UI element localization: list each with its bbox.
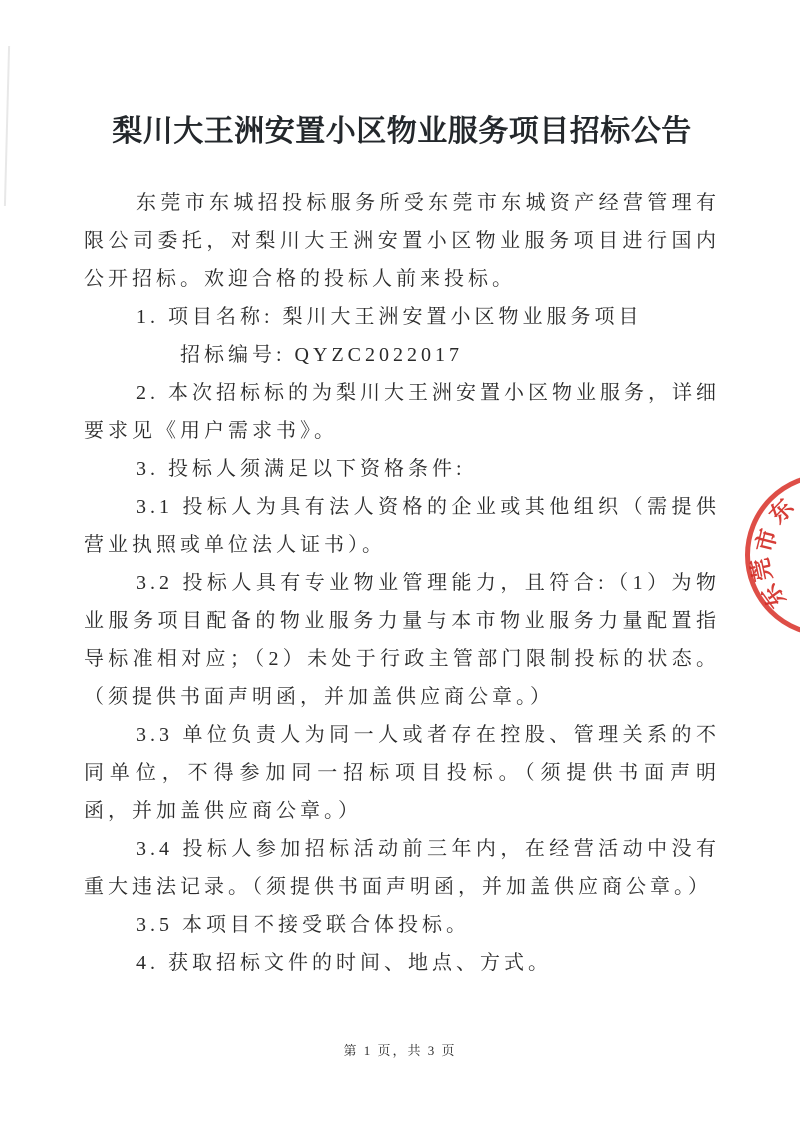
paragraph: 2. 本次招标标的为梨川大王洲安置小区物业服务，详细要求见《用户需求书》。 (84, 374, 720, 450)
page-number-footer: 第 1 页，共 3 页 (0, 1040, 800, 1059)
paragraph: 3.3 单位负责人为同一人或者存在控股、管理关系的不同单位，不得参加同一招标项目… (84, 716, 720, 830)
document-title: 梨川大王洲安置小区物业服务项目招标公告 (84, 110, 720, 154)
document-content: 梨川大王洲安置小区物业服务项目招标公告 东莞市东城招投标服务所受东莞市东城资产经… (84, 110, 720, 982)
document-body: 东莞市东城招投标服务所受东莞市东城资产经营管理有限公司委托，对梨川大王洲安置小区… (84, 184, 720, 982)
paragraph: 3.1 投标人为具有法人资格的企业或其他组织（需提供营业执照或单位法人证书）。 (84, 488, 720, 564)
official-seal-stamp: 东莞市东 (745, 473, 800, 637)
paragraph: 3. 投标人须满足以下资格条件: (84, 450, 720, 488)
paragraph: 东莞市东城招投标服务所受东莞市东城资产经营管理有限公司委托，对梨川大王洲安置小区… (84, 184, 720, 298)
scan-edge-artifact (4, 46, 10, 206)
paragraph: 3.2 投标人具有专业物业管理能力，且符合:（1）为物业服务项目配备的物业服务力… (84, 564, 720, 716)
paragraph: 3.4 投标人参加招标活动前三年内，在经营活动中没有重大违法记录。（须提供书面声… (84, 830, 720, 906)
document-page: 梨川大王洲安置小区物业服务项目招标公告 东莞市东城招投标服务所受东莞市东城资产经… (0, 0, 800, 1131)
paragraph: 4. 获取招标文件的时间、地点、方式。 (84, 944, 720, 982)
paragraph: 招标编号: QYZC2022017 (84, 336, 720, 374)
paragraph: 3.5 本项目不接受联合体投标。 (84, 906, 720, 944)
paragraph: 1. 项目名称: 梨川大王洲安置小区物业服务项目 (84, 298, 720, 336)
